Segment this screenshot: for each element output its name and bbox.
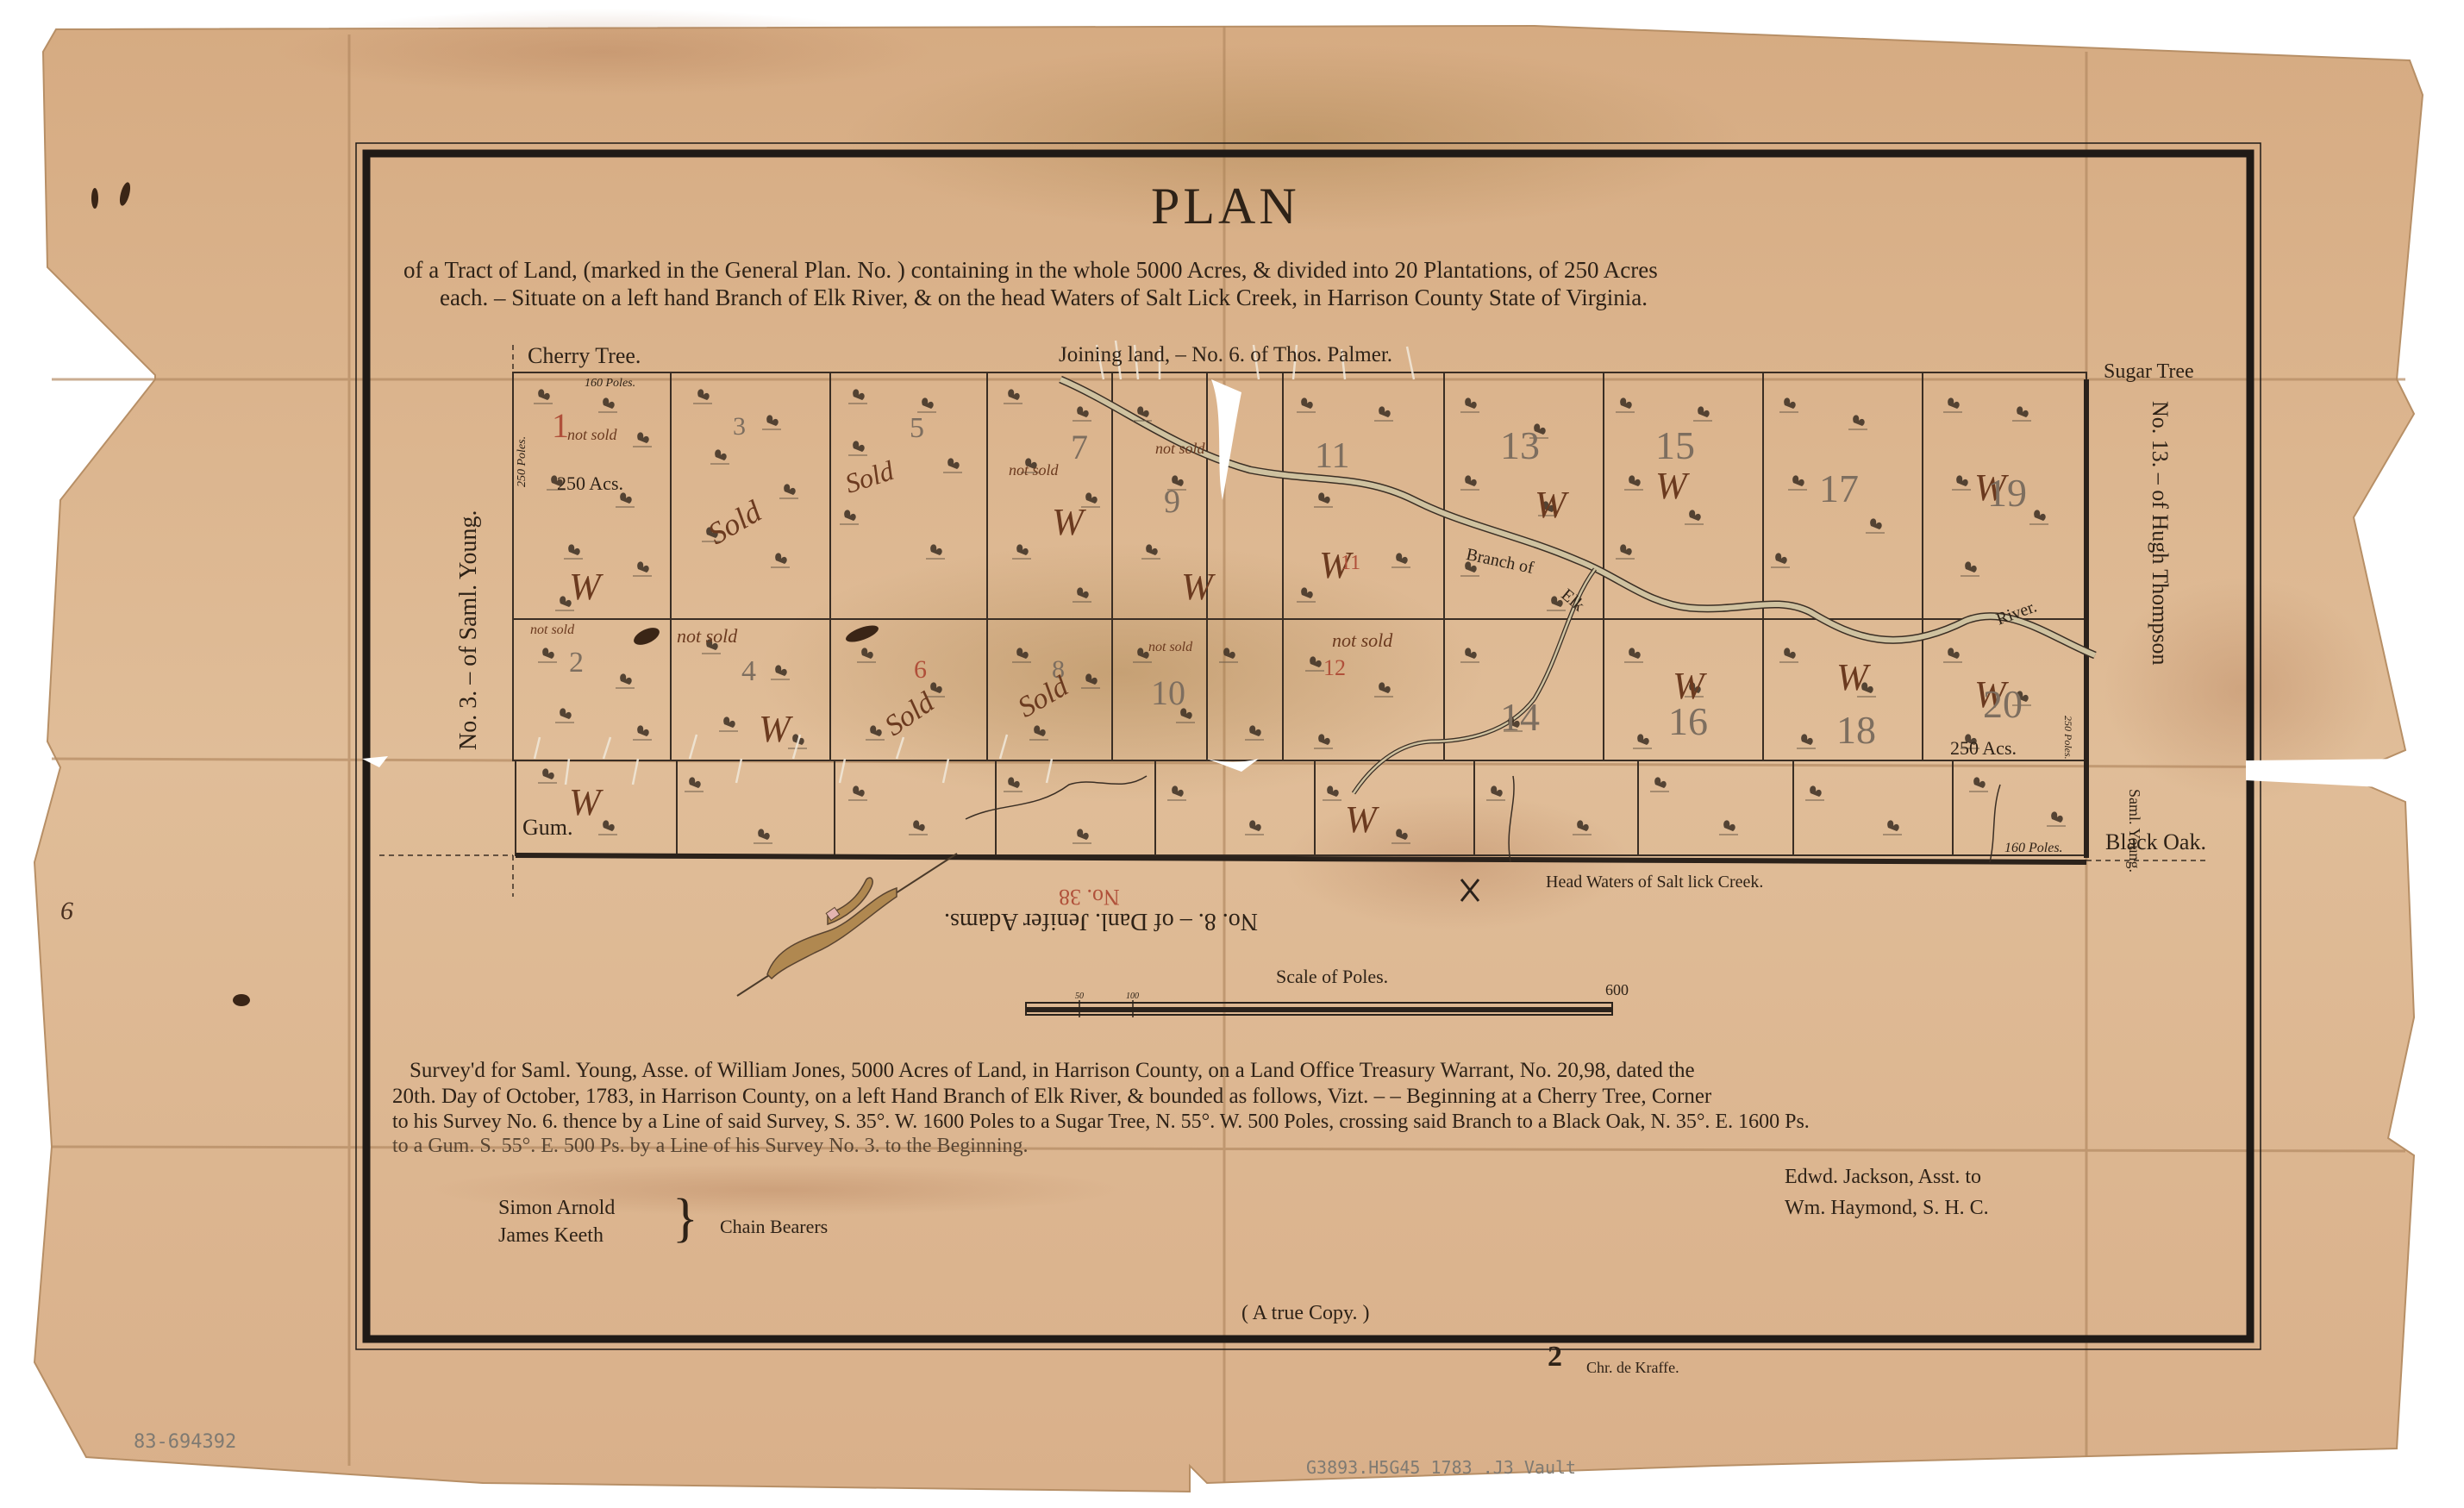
plot-number: 15	[1655, 422, 1695, 468]
plan-subtitle-line-1: of a Tract of Land, (marked in the Gener…	[403, 257, 1658, 284]
svg-text:W: W	[1655, 465, 1690, 507]
certificate-line-1: Survey'd for Saml. Young, Asse. of Willi…	[410, 1059, 1695, 1083]
plot-number: 20	[1983, 681, 2023, 727]
accession-stamp: 83-694392	[134, 1431, 236, 1453]
plot-number: 5	[910, 412, 924, 445]
scale-title: Scale of Poles.	[1276, 966, 1388, 988]
plot-status: not sold	[1155, 440, 1205, 458]
dimension-right: 250 Poles.	[2061, 716, 2074, 760]
true-copy-note: ( A true Copy. )	[1241, 1302, 1369, 1325]
plot-number: 17	[1819, 466, 1859, 511]
plot-status: not sold	[567, 426, 617, 444]
plot-number: 6	[914, 655, 927, 685]
plot-number: 4	[741, 655, 756, 688]
plot-number: 1	[552, 405, 569, 446]
svg-text:W: W	[759, 708, 793, 750]
certificate-line-3: to his Survey No. 6. thence by a Line of…	[392, 1111, 1810, 1134]
plot-number: 12	[1323, 655, 1346, 681]
corner-sugar-tree: Sugar Tree	[2104, 360, 2194, 384]
call-number-stamp: G3893.H5G45 1783 .J3 Vault	[1306, 1457, 1576, 1478]
plot-status: not sold	[1332, 629, 1392, 652]
surveyor-chief: Wm. Haymond, S. H. C.	[1785, 1197, 1989, 1220]
svg-text:W: W	[1535, 484, 1569, 526]
plot-number-red: 11	[1341, 552, 1360, 575]
creek-label: Head Waters of Salt lick Creek.	[1546, 873, 1763, 892]
plot-number: 13	[1500, 422, 1540, 468]
margin-scrawl: 6	[60, 897, 73, 926]
chain-bearer-2: James Keeth	[498, 1224, 603, 1248]
plan-subtitle-line-2: each. – Situate on a left hand Branch of…	[440, 285, 1648, 311]
chain-bearers-brace: }	[672, 1188, 698, 1249]
surveyor-assistant: Edwd. Jackson, Asst. to	[1785, 1166, 1981, 1189]
corner-cherry-tree: Cherry Tree.	[528, 343, 641, 369]
marginal-note-red: No. 38	[1059, 884, 1120, 910]
plot-number: 3	[733, 412, 746, 441]
dimension-left: 250 Poles.	[516, 436, 529, 487]
plot-number: 2	[569, 647, 584, 679]
svg-text:W: W	[1345, 798, 1379, 841]
adjoining-west: No. 3. – of Saml. Young.	[455, 510, 483, 750]
clerk-signature: Chr. de Kraffe.	[1586, 1359, 1679, 1377]
adjoining-north: Joining land, – No. 6. of Thos. Palmer.	[1059, 343, 1392, 367]
chain-bearer-1: Simon Arnold	[498, 1197, 615, 1220]
scale-tick-600: 600	[1605, 981, 1629, 999]
scale-tick-50: 50	[1075, 992, 1084, 1001]
chain-bearers-label: Chain Bearers	[720, 1216, 828, 1238]
plot-status: not sold	[530, 623, 574, 638]
adjoining-se-young: Saml. Young.	[2125, 789, 2143, 873]
dimension-top: 160 Poles.	[585, 377, 635, 391]
plan-title: PLAN	[1151, 177, 1300, 236]
plot-number: 16	[1668, 698, 1708, 744]
plot-number: 10	[1151, 673, 1185, 713]
svg-text:W: W	[1052, 501, 1086, 543]
certificate-line-2: 20th. Day of October, 1783, in Harrison …	[392, 1085, 1711, 1109]
plot-number: 14	[1500, 694, 1540, 740]
plot-number: 18	[1836, 707, 1876, 753]
adjoining-east: No. 13. – of Hugh Thompson	[2147, 401, 2173, 665]
svg-text:W: W	[1836, 656, 1871, 698]
plot-acres: 250 Acs.	[1950, 737, 2017, 760]
plot-number: 19	[1987, 470, 2027, 516]
clerk-mark: 2	[1548, 1341, 1562, 1373]
plot-number: 7	[1071, 427, 1088, 467]
svg-text:W: W	[569, 566, 603, 608]
dimension-bottom: 160 Poles.	[2004, 841, 2063, 856]
plot-status: not sold	[1148, 640, 1192, 655]
plot-number: 11	[1315, 435, 1349, 477]
scale-bar	[1026, 1000, 1612, 1017]
plot-acres: 250 Acs.	[557, 472, 623, 495]
plot-status: not sold	[677, 625, 737, 648]
scale-tick-100: 100	[1126, 992, 1139, 1001]
corner-black-oak: Black Oak.	[2105, 829, 2206, 855]
svg-text:W: W	[569, 781, 603, 823]
adjoining-south: No. 8. – of Danl. Jenifer Adams.	[944, 907, 1258, 935]
plot-number: 9	[1164, 483, 1180, 521]
plot-status: not sold	[1009, 461, 1059, 479]
certificate-line-4: to a Gum. S. 55°. E. 500 Ps. by a Line o…	[392, 1135, 1029, 1158]
corner-gum: Gum.	[522, 815, 573, 841]
svg-text:W: W	[1181, 566, 1216, 608]
